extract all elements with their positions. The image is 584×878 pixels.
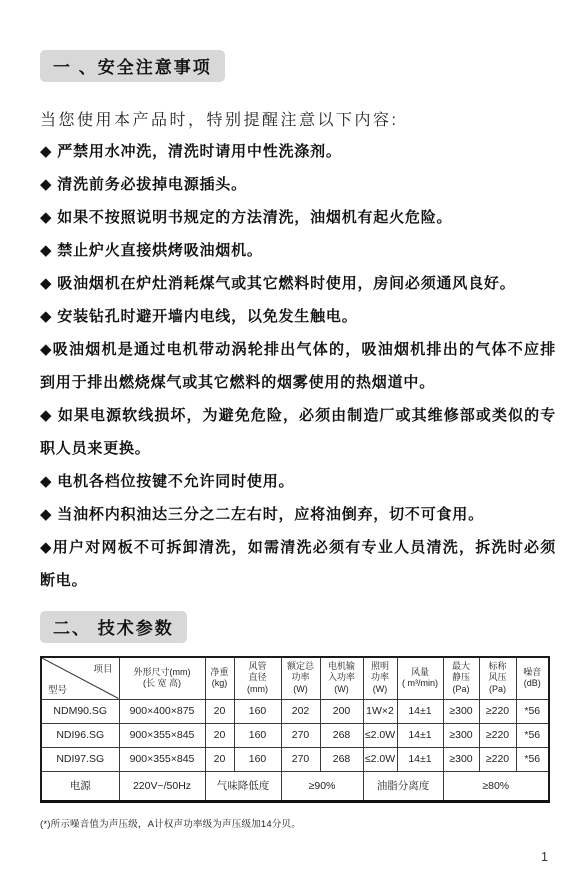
table-row: NDI97.SG 900×355×845 20 160 270 268 ≤2.0… (41, 747, 549, 771)
model-cell: NDM90.SG (41, 699, 119, 723)
odor-label: 气味降低度 (205, 771, 281, 801)
column-header: 电机输 入功率 (W) (320, 657, 363, 699)
safety-bullet: ◆用户对网板不可拆卸清洗，如需清洗必须有专业人员清洗，拆洗时必须断电。 (40, 531, 556, 597)
model-cell: NDI97.SG (41, 747, 119, 771)
column-header: 额定总 功率 (W) (281, 657, 320, 699)
safety-bullet: ◆ 清洗前务必拔掉电源插头。 (40, 168, 556, 201)
table-header-row: 项目 型号 外形尺寸(mm) (长 宽 高) 净重 (kg) 风管 直径 (mm… (41, 657, 549, 699)
column-header: 风量 ( m³/min) (397, 657, 443, 699)
manual-page: 一 、安全注意事项 当您使用本产品时，特别提醒注意以下内容: ◆ 严禁用水冲洗，… (0, 0, 584, 878)
spec-cell: *56 (516, 747, 549, 771)
column-header: 风管 直径 (mm) (234, 657, 281, 699)
table-row: NDM90.SG 900×400×875 20 160 202 200 1W×2… (41, 699, 549, 723)
spec-cell: ≥220 (479, 723, 516, 747)
corner-label-model: 型号 (48, 682, 67, 696)
section-heading-safety: 一 、安全注意事项 (40, 50, 225, 82)
spec-cell: *56 (516, 723, 549, 747)
power-value: 220V~/50Hz (119, 771, 205, 801)
odor-value: ≥90% (281, 771, 363, 801)
column-header: 最大 静压 (Pa) (443, 657, 479, 699)
table-footer-row: 电源 220V~/50Hz 气味降低度 ≥90% 油脂分离度 ≥80% (41, 771, 549, 801)
spec-cell: ≤2.0W (363, 747, 397, 771)
spec-cell: ≥220 (479, 747, 516, 771)
column-header: 噪音 (dB) (516, 657, 549, 699)
spec-cell: 14±1 (397, 699, 443, 723)
section-heading-specs: 二、 技术参数 (40, 611, 187, 643)
page-content: 一 、安全注意事项 当您使用本产品时，特别提醒注意以下内容: ◆ 严禁用水冲洗，… (40, 0, 556, 839)
specs-table: 项目 型号 外形尺寸(mm) (长 宽 高) 净重 (kg) 风管 直径 (mm… (40, 656, 550, 803)
spec-cell: 270 (281, 747, 320, 771)
spec-cell: 160 (234, 723, 281, 747)
safety-bullet: ◆ 吸油烟机在炉灶消耗煤气或其它燃料时使用，房间必须通风良好。 (40, 267, 556, 300)
column-header: 标称 风压 (Pa) (479, 657, 516, 699)
spec-cell: 20 (205, 699, 234, 723)
intro-text: 当您使用本产品时，特别提醒注意以下内容: (40, 107, 556, 130)
footnote: (*)所示噪音值为声压级，A计权声功率级为声压级加14分贝。 (40, 816, 556, 830)
spec-cell: 200 (320, 699, 363, 723)
spec-cell: *56 (516, 699, 549, 723)
spec-cell: ≥300 (443, 723, 479, 747)
grease-label: 油脂分离度 (363, 771, 443, 801)
spec-cell: 160 (234, 747, 281, 771)
spec-cell: 268 (320, 747, 363, 771)
spec-cell: 14±1 (397, 723, 443, 747)
spec-cell: 268 (320, 723, 363, 747)
grease-value: ≥80% (443, 771, 549, 801)
corner-label-item: 项目 (93, 661, 112, 675)
spec-cell: 900×355×845 (119, 723, 205, 747)
safety-bullet: ◆ 严禁用水冲洗，清洗时请用中性洗涤剂。 (40, 135, 556, 168)
spec-cell: 202 (281, 699, 320, 723)
safety-bullet: ◆ 如果不按照说明书规定的方法清洗，油烟机有起火危险。 (40, 201, 556, 234)
spec-cell: 20 (205, 747, 234, 771)
spec-cell: 1W×2 (363, 699, 397, 723)
safety-bullet: ◆ 如果电源软线损坏，为避免危险，必须由制造厂或其维修部或类似的专职人员来更换。 (40, 399, 556, 465)
spec-cell: 20 (205, 723, 234, 747)
model-cell: NDI96.SG (41, 723, 119, 747)
spec-cell: 14±1 (397, 747, 443, 771)
column-header: 照明 功率 (W) (363, 657, 397, 699)
spec-cell: 900×355×845 (119, 747, 205, 771)
power-label: 电源 (41, 771, 119, 801)
spec-cell: ≥300 (443, 699, 479, 723)
page-number: 1 (541, 850, 548, 864)
column-header: 外形尺寸(mm) (长 宽 高) (119, 657, 205, 699)
spec-cell: 900×400×875 (119, 699, 205, 723)
safety-bullet: ◆ 电机各档位按键不允许同时使用。 (40, 465, 556, 498)
spec-cell: ≤2.0W (363, 723, 397, 747)
spec-cell: ≥220 (479, 699, 516, 723)
spec-cell: 270 (281, 723, 320, 747)
spec-cell: 160 (234, 699, 281, 723)
spec-cell: ≥300 (443, 747, 479, 771)
table-corner-cell: 项目 型号 (41, 657, 119, 699)
safety-bullet: ◆ 安装钻孔时避开墙内电线，以免发生触电。 (40, 300, 556, 333)
column-header: 净重 (kg) (205, 657, 234, 699)
safety-bullet: ◆ 当油杯内积油达三分之二左右时，应将油倒弃，切不可食用。 (40, 498, 556, 531)
safety-bullet: ◆吸油烟机是通过电机带动涡轮排出气体的，吸油烟机排出的气体不应排到用于排出燃烧煤… (40, 333, 556, 399)
table-row: NDI96.SG 900×355×845 20 160 270 268 ≤2.0… (41, 723, 549, 747)
safety-bullet-list: ◆ 严禁用水冲洗，清洗时请用中性洗涤剂。 ◆ 清洗前务必拔掉电源插头。 ◆ 如果… (40, 135, 556, 597)
safety-bullet: ◆ 禁止炉火直接烘烤吸油烟机。 (40, 234, 556, 267)
